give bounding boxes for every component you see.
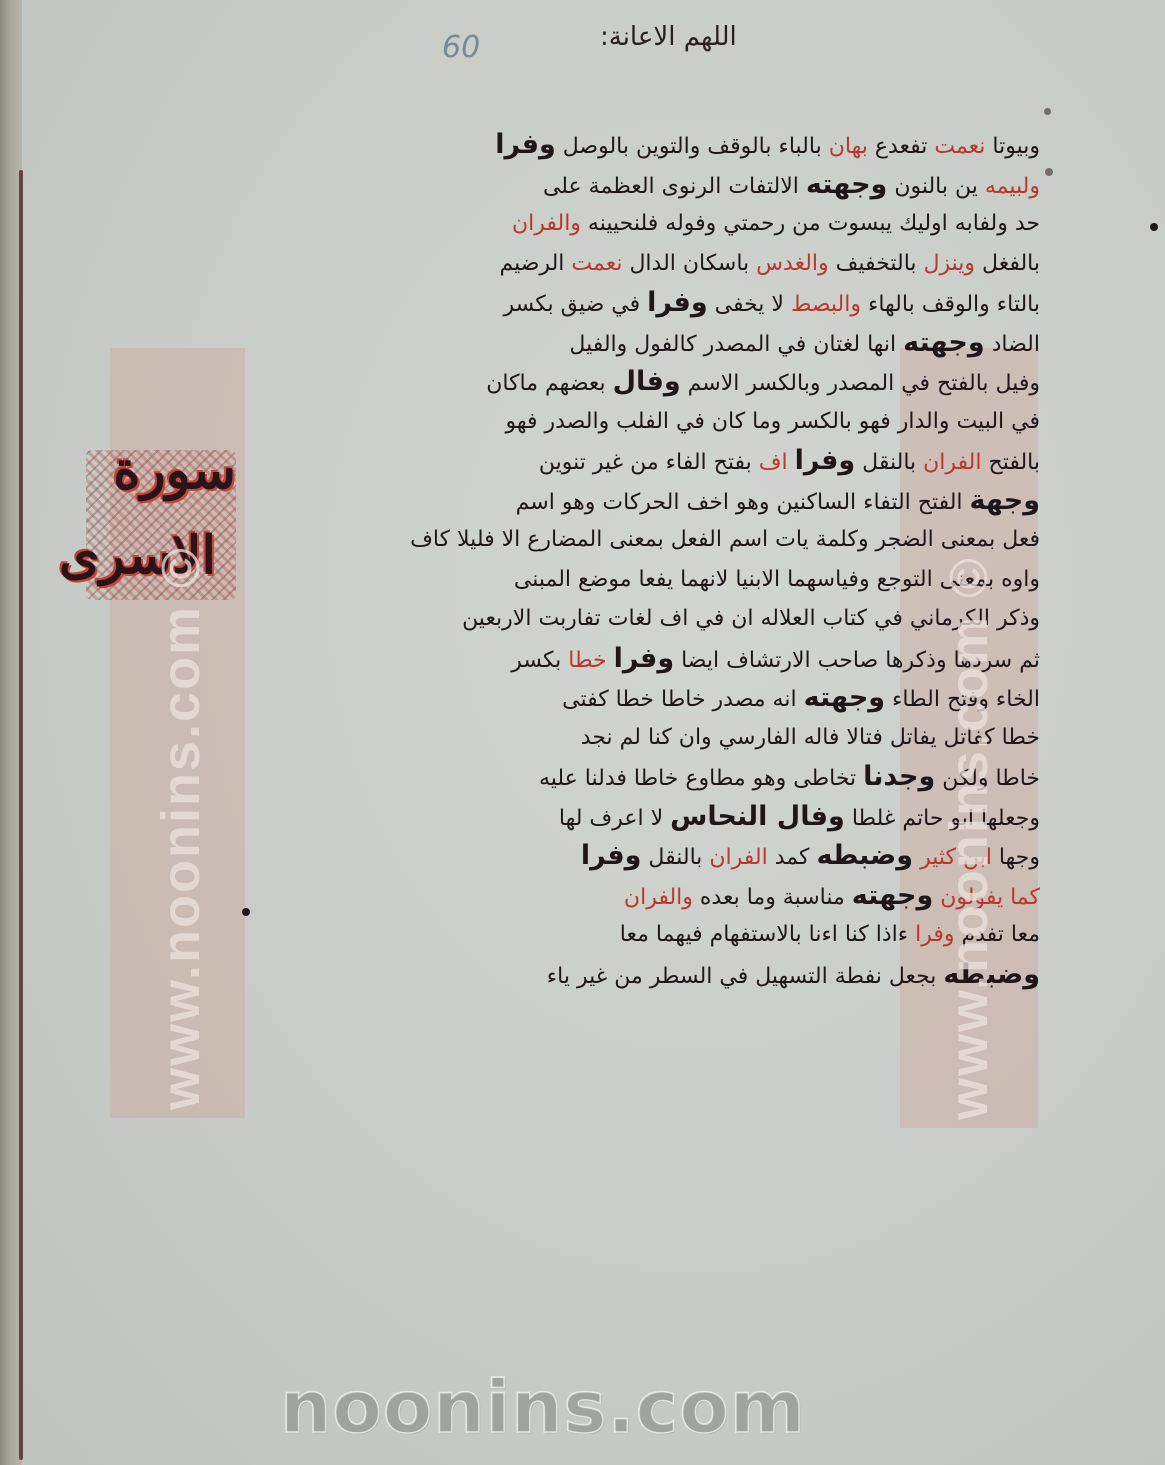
- text-line: حد ولفابه اوليك يبسوت من رحمتي وفوله فلن…: [225, 204, 1040, 244]
- binding-edge-line: [19, 170, 23, 1460]
- text-span: حد ولفابه اوليك يبسوت من رحمتي وفوله فلن…: [581, 211, 1040, 236]
- emphasized-word: وجهته: [852, 880, 933, 911]
- text-span: بالتاء والوقف بالهاء: [861, 292, 1040, 317]
- manuscript-page: 60 اللهم الاعانة: سورة الاسرى وبيوتا نعم…: [0, 0, 1165, 1465]
- rubric-word: والفران: [624, 885, 693, 910]
- text-span: بفتح الفاء من غير تنوين: [539, 450, 759, 475]
- text-span: بكسر: [511, 648, 568, 673]
- watermark-vertical-right: www.noonins.com ©: [938, 556, 1000, 1120]
- emphasized-word: وضبطه: [816, 840, 913, 871]
- text-span: [913, 845, 920, 870]
- text-span: ءاذا كنا اءنا بالاستفهام فيهما معا: [620, 922, 915, 947]
- emphasized-word: وجهته: [903, 327, 984, 358]
- invocation-header: اللهم الاعانة:: [600, 22, 737, 52]
- text-span: تفعدع: [868, 134, 935, 159]
- text-span: لا اعرف لها: [559, 806, 670, 831]
- rubric-word: ولبيمه: [985, 174, 1040, 199]
- margin-dot: [1150, 223, 1158, 231]
- text-span: الضاد: [985, 332, 1040, 357]
- text-span: في البيت والدار فهو بالكسر وما كان في ال…: [505, 409, 1040, 434]
- text-span: بالفتح: [982, 450, 1041, 475]
- rubric-word: والبصط: [791, 292, 861, 317]
- text-line: بالتاء والوقف بالهاء والبصط لا يخفى وفرا…: [225, 283, 1040, 323]
- text-span: بالنقل: [855, 450, 923, 475]
- emphasized-word: وفرا: [581, 840, 642, 871]
- rubric-word: الفران: [709, 845, 767, 870]
- text-line: وجهة الفتح التفاء الساكنين وهو اخف الحرك…: [225, 481, 1040, 521]
- text-line: بالفتح الفران بالنقل وفرا اف بفتح الفاء …: [225, 441, 1040, 481]
- text-line: ثم سردها وذكرها صاحب الارتشاف ايضا وفرا …: [225, 639, 1040, 679]
- text-span: بعضهم ماكان: [486, 371, 612, 396]
- emphasized-word: وجهة: [970, 485, 1040, 516]
- watermark-bottom: noonins.com: [280, 1365, 806, 1449]
- rubric-word: نعمت: [934, 134, 985, 159]
- text-span: وفيل بالفتح في المصدر وبالكسر الاسم: [681, 371, 1040, 396]
- text-span: بالباء بالوقف والتوين بالوصل: [556, 134, 829, 159]
- main-text-block: وبيوتا نعمت تفعدع بهان بالباء بالوقف وال…: [225, 125, 1040, 994]
- text-span: بجعل نفطة التسهيل في السطر من غير ياء: [547, 964, 944, 989]
- text-span: تخاطى وهو مطاوع خاطا فدلنا عليه: [539, 766, 863, 791]
- text-line: فعل بمعنى الضجر وكلمة يات اسم الفعل بمعن…: [225, 520, 1040, 560]
- text-span: انه مصدر خاطا خطا كفتى: [562, 687, 803, 712]
- text-line: وبيوتا نعمت تفعدع بهان بالباء بالوقف وال…: [225, 125, 1040, 165]
- folio-number: 60: [442, 30, 480, 65]
- text-span: الالتفات الرنوى العظمة على: [543, 174, 806, 199]
- watermark-vertical-left: www.noonins.com ©: [150, 546, 212, 1110]
- emphasized-word: وفرا: [647, 287, 708, 318]
- text-line: خطا كفاتل يفاتل فتالا فاله الفارسي وان ك…: [225, 718, 1040, 758]
- text-span: ين بالنون: [887, 174, 985, 199]
- text-line: في البيت والدار فهو بالكسر وما كان في ال…: [225, 402, 1040, 442]
- text-span: مناسبة وما بعده: [693, 885, 852, 910]
- margin-dot: [242, 908, 250, 916]
- text-span: [607, 648, 614, 673]
- emphasized-word: وفرا: [495, 129, 556, 160]
- text-line: الخاء وفتح الطاء وجهته انه مصدر خاطا خطا…: [225, 678, 1040, 718]
- rubric-word: خطا: [568, 648, 606, 673]
- text-line: وذكر الكرماني في كتاب العلاله ان في اف ل…: [225, 599, 1040, 639]
- text-span: لا يخفى: [708, 292, 791, 317]
- text-span: في ضيق بكسر: [504, 292, 648, 317]
- text-span: بالتخفيف: [829, 251, 924, 276]
- rubric-word: والفران: [512, 211, 581, 236]
- rubric-word: نعمت: [571, 251, 622, 276]
- rubric-word: الفران: [923, 450, 981, 475]
- heading-line-1: سورة: [113, 440, 236, 501]
- rubric-word: بهان: [829, 134, 868, 159]
- rubric-word: اف: [759, 450, 788, 475]
- text-span: فعل بمعنى الضجر وكلمة يات اسم الفعل بمعن…: [410, 527, 1040, 552]
- ink-speck: [1044, 108, 1051, 115]
- text-line: بالفغل وينزل بالتخفيف والغدس باسكان الدا…: [225, 244, 1040, 284]
- text-span: وبيوتا: [985, 134, 1040, 159]
- emphasized-word: وفرا: [795, 445, 856, 476]
- text-line: معا تفدم وفرا ءاذا كنا اءنا بالاستفهام ف…: [225, 915, 1040, 955]
- rubric-word: والغدس: [756, 251, 828, 276]
- text-span: بالفغل: [975, 251, 1040, 276]
- marginal-sura-heading: سورة الاسرى: [36, 420, 246, 630]
- ink-speck: [1045, 168, 1053, 176]
- text-line: خاطا ولكن وجدنا تخاطى وهو مطاوع خاطا فدل…: [225, 757, 1040, 797]
- text-line: وجها ابن كثير وضبطه كمد الفران بالنقل وف…: [225, 836, 1040, 876]
- text-line: واوه بمعنى التوجع وفياسهما الابنيا لانهم…: [225, 560, 1040, 600]
- text-line: الضاد وجهته انها لغتان في المصدر كالفول …: [225, 323, 1040, 363]
- emphasized-word: وجهته: [806, 169, 887, 200]
- emphasized-word: وجهته: [804, 682, 885, 713]
- text-span: الرضيم: [499, 251, 571, 276]
- text-span: الفتح التفاء الساكنين وهو اخف الحركات وه…: [516, 490, 970, 515]
- emphasized-word: وفرا: [614, 643, 675, 674]
- text-span: كمد: [768, 845, 817, 870]
- emphasized-word: وفال: [613, 366, 681, 397]
- emphasized-word: وجدنا: [863, 761, 935, 792]
- text-span: انها لغتان في المصدر كالفول والفيل: [569, 332, 903, 357]
- text-span: باسكان الدال: [622, 251, 756, 276]
- text-span: بالنقل: [641, 845, 709, 870]
- text-line: وضبطه بجعل نفطة التسهيل في السطر من غير …: [225, 955, 1040, 995]
- emphasized-word: وفال النحاس: [670, 801, 845, 832]
- rubric-word: وينزل: [924, 251, 976, 276]
- text-line: وفيل بالفتح في المصدر وبالكسر الاسم وفال…: [225, 362, 1040, 402]
- text-line: كما يفولون وجهته مناسبة وما بعده والفران: [225, 876, 1040, 916]
- text-line: وجعلها ابو حاتم غلطا وفال النحاس لا اعرف…: [225, 797, 1040, 837]
- text-span: [788, 450, 795, 475]
- text-line: ولبيمه ين بالنون وجهته الالتفات الرنوى ا…: [225, 165, 1040, 205]
